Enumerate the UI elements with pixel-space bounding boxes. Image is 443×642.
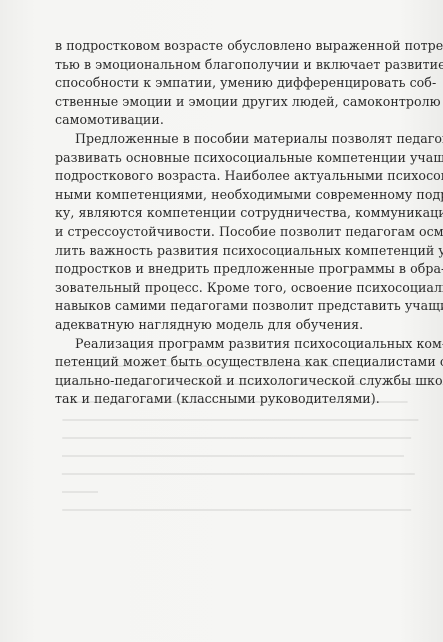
- text-line: подростков и внедрить предложенные прогр…: [55, 260, 428, 279]
- text-line: ку, являются компетенции сотрудничества,…: [55, 204, 428, 223]
- text-line: в подростковом возрасте обусловлено выра…: [55, 37, 428, 56]
- text-line: развивать основные психосоциальные компе…: [55, 149, 428, 168]
- text-line: ственные эмоции и эмоции других людей, с…: [55, 93, 428, 112]
- text-line: Предложенные в пособии материалы позволя…: [55, 130, 428, 149]
- text-line: навыков самими педагогами позволит предс…: [55, 297, 428, 316]
- body-text: в подростковом возрасте обусловлено выра…: [55, 37, 428, 409]
- text-line: способности к эмпатии, умению дифференци…: [55, 74, 428, 93]
- text-line: Реализация программ развития психосоциал…: [55, 335, 428, 354]
- text-line: зовательный процесс. Кроме того, освоени…: [55, 279, 428, 298]
- text-line: подросткового возраста. Наиболее актуаль…: [55, 167, 428, 186]
- text-line: ными компетенциями, необходимыми совреме…: [55, 186, 428, 205]
- text-line: адекватную наглядную модель для обучения…: [55, 316, 428, 335]
- text-line: самомотивации.: [55, 111, 428, 130]
- text-line: и стрессоустойчивости. Пособие позволит …: [55, 223, 428, 242]
- text-line: тью в эмоциональном благополучии и включ…: [55, 56, 428, 75]
- book-page: в подростковом возрасте обусловлено выра…: [0, 0, 443, 642]
- bleed-through-texture: [62, 365, 422, 535]
- text-line: лить важность развития психосоциальных к…: [55, 242, 428, 261]
